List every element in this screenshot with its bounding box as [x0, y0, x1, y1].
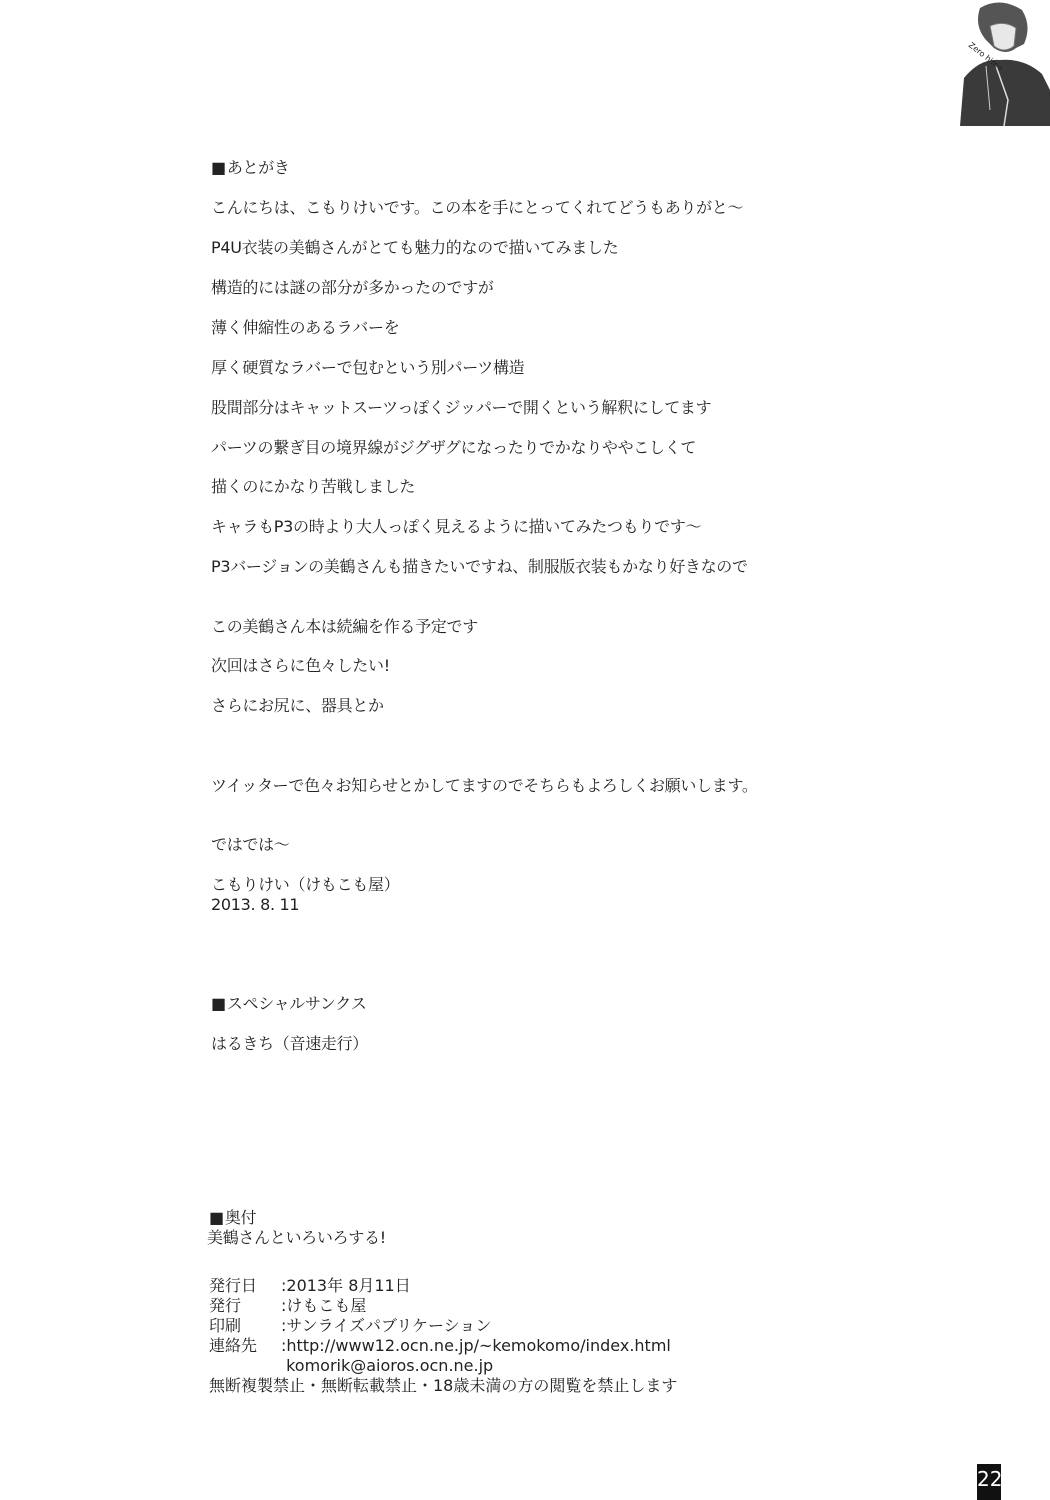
afterword-line: キャラもP3の時より大人っぽく見えるように描いてみたつもりです～ [211, 517, 701, 537]
afterword-closing: ではでは～ [211, 835, 290, 855]
special-thanks-heading: スペシャルサンクス [211, 994, 367, 1014]
colophon-label: 発行 [209, 1296, 281, 1316]
colophon-row-date: 発行日:2013年 8月11日 [209, 1276, 411, 1296]
afterword-line: 薄く伸縮性のあるラバーを [211, 318, 399, 338]
special-thanks-name: はるきち（音速走行） [211, 1034, 368, 1054]
afterword-line: 股間部分はキャットスーツっぽくジッパーで開くという解釈にしてます [211, 398, 711, 418]
page-number: 22 [977, 1464, 1001, 1500]
afterword-line: 厚く硬質なラバーで包むという別パーツ構造 [211, 358, 524, 378]
colophon-label: 発行日 [209, 1276, 281, 1296]
corner-character-illustration: Zero hime [950, 0, 1050, 126]
colophon-row-printer: 印刷:サンライズパブリケーション [209, 1316, 491, 1336]
colophon-value: :サンライズパブリケーション [281, 1316, 491, 1335]
colophon-row-contact: 連絡先:http://www12.ocn.ne.jp/~kemokomo/ind… [209, 1336, 671, 1356]
afterword-line: P3バージョンの美鶴さんも描きたいですね、制服版衣装もかなり好きなので [211, 557, 748, 577]
colophon-label: 連絡先 [209, 1336, 281, 1356]
afterword-line: 描くのにかなり苦戦しました [211, 477, 415, 497]
afterword-line: ツイッターで色々お知らせとかしてますのでそちらもよろしくお願いします。 [211, 776, 758, 796]
colophon-row-publisher: 発行:けもこも屋 [209, 1296, 366, 1316]
contact-email: komorik@aioros.ocn.ne.jp [281, 1356, 493, 1375]
colophon-heading: 奥付 [209, 1208, 256, 1228]
colophon-row-email: komorik@aioros.ocn.ne.jp [209, 1356, 493, 1376]
colophon-value: :けもこも屋 [281, 1296, 366, 1315]
afterword-line: パーツの繋ぎ目の境界線がジグザグになったりでかなりややこしくて [211, 438, 696, 458]
afterword-heading: あとがき [211, 158, 290, 178]
afterword-line: 次回はさらに色々したい! [211, 656, 390, 676]
contact-url: :http://www12.ocn.ne.jp/~kemokomo/index.… [281, 1336, 671, 1355]
afterword-line: 構造的には謎の部分が多かったのですが [211, 278, 494, 298]
afterword-line: さらにお尻に、器具とか [211, 696, 384, 716]
afterword-line: こんにちは、こもりけいです。この本を手にとってくれてどうもありがと～ [211, 198, 743, 218]
author-signature: こもりけい（けもこも屋） [211, 875, 399, 895]
colophon-label: 印刷 [209, 1316, 281, 1336]
afterword-date: 2013. 8. 11 [211, 895, 299, 915]
afterword-line: P4U衣装の美鶴さんがとても魅力的なので描いてみました [211, 238, 618, 258]
colophon-notice: 無断複製禁止・無断転載禁止・18歳未満の方の閲覧を禁止します [209, 1376, 677, 1396]
afterword-line: この美鶴さん本は続編を作る予定です [211, 617, 478, 637]
colophon-title: 美鶴さんといろいろする! [207, 1228, 386, 1248]
colophon-value: :2013年 8月11日 [281, 1276, 411, 1295]
